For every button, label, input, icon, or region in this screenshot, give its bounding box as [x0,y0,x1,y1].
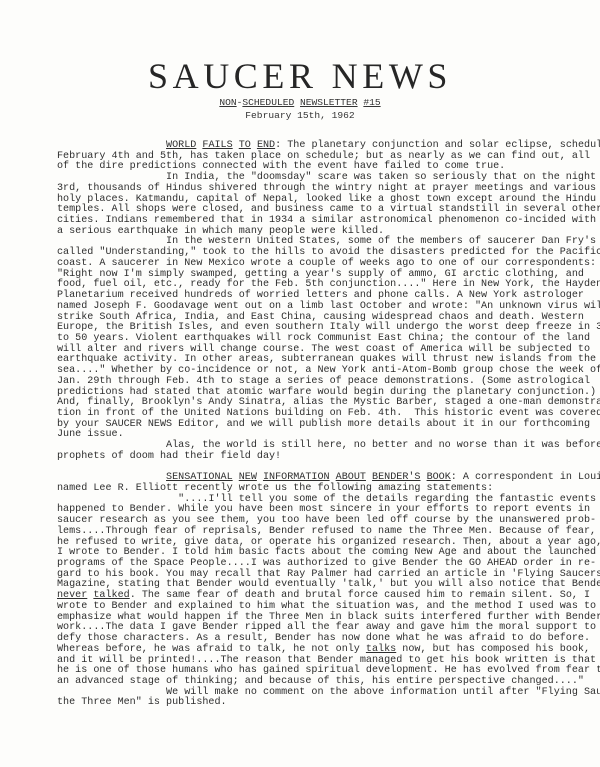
text-run: of the dire predictions connected with t… [57,161,505,172]
text-run: to 50 years. Violent earthquakes will ro… [57,333,590,344]
indent [57,440,166,451]
text-run: sea...." Whether by co-incidence or not,… [57,365,600,376]
article-body: WORLD FAILS TO END: The planetary conjun… [57,141,577,709]
subheading-part: SCHEDULED [242,97,294,108]
text-run: named Joseph F. Goodavage went out on a … [57,301,600,312]
newsletter-page: SAUCERNEWS NON-SCHEDULED NEWSLETTER #15 … [0,0,600,767]
subheading-part: NON [219,97,236,108]
emphasis-word: talked [93,590,129,601]
title-word-1: SAUCER [148,56,318,96]
title-word-2: NEWS [332,56,452,96]
text-line: prophets of doom had their field day! [57,452,577,463]
text-run: will alter and rivers will change course… [57,344,590,355]
text-run: June issue. [57,429,124,440]
text-run: : A correspondent in Louisiana [451,472,600,483]
article-heading-word: INFORMATION [263,472,330,483]
text-line: the Three Men" is published. [57,698,577,709]
indent [57,172,166,183]
text-run: . The same fear of death and brutal forc… [130,590,590,601]
text-run: happened to Bender. While you have been … [57,504,590,515]
text-run: Whereas before, he was afraid to talk, h… [57,644,366,655]
indent [57,687,166,698]
article-heading-word: FAILS [202,140,232,151]
text-run: he refused to write, give data, or opera… [57,537,600,548]
text-run: Magazine, stating that Bender would even… [57,579,600,590]
text-run: saucer research as you see them, you too… [57,515,596,526]
article-heading-word: NEW [239,472,257,483]
text-run: Alas, the world is still here, no better… [166,440,600,451]
subheading-part: NEWSLETTER [300,97,358,108]
text-run: work....The data I gave Bender ripped al… [57,622,596,633]
text-run: and it will be printed!....The reason th… [57,655,596,666]
text-run: called "Understanding," took to the hill… [57,247,600,258]
indent [57,472,166,483]
text-run: cities. Indians remembered that in 1934 … [57,215,596,226]
article-heading-word: ABOUT [336,472,366,483]
issue-date: February 15th, 1962 [0,110,600,121]
text-run: named Lee R. Elliott recently wrote us t… [57,483,493,494]
text-run: the Three Men" is published. [57,697,227,708]
text-run: 3rd, thousands of Hindus shivered throug… [57,183,596,194]
text-run: strike South Africa, India, and East Chi… [57,312,584,323]
text-run: We will make no comment on the above inf… [166,687,600,698]
text-run: now, but has composed his book, [396,644,590,655]
newsletter-subheading: NON-SCHEDULED NEWSLETTER #15 [0,97,600,108]
article-heading-word: SENSATIONAL [166,472,233,483]
emphasis-word: talks [366,644,396,655]
article-heading-word: TO [239,140,251,151]
text-run: Jan. 29th through Feb. 4th to stage a se… [57,376,590,387]
text-run: by your SAUCER NEWS Editor, and we will … [57,419,590,430]
subheading-part: #15 [363,97,380,108]
text-run: : The planetary conjunction and solar ec… [275,140,600,151]
text-run: Planetarium received hundreds of worried… [57,290,584,301]
text-run: coast. A saucerer in New Mexico wrote a … [57,258,596,269]
text-run: an advanced stage of thinking; and becau… [57,676,584,687]
indent [57,236,166,247]
article-heading-word: BOOK [427,472,451,483]
text-run: prophets of doom had their field day! [57,451,281,462]
text-run: programs of the Space People....I was au… [57,558,596,569]
text-run: In the western United States, some of th… [166,236,600,247]
text-run: lems....Through fear of reprisals, Bende… [57,526,596,537]
text-run: earthquake activity. In other areas, sub… [57,354,596,365]
emphasis-word: never [57,590,87,601]
text-run: predictions had stated that atomic warfa… [57,387,596,398]
text-run: temples. All shops were closed, and busi… [57,204,600,215]
text-line: by your SAUCER NEWS Editor, and we will … [57,420,577,431]
text-run: Europe, the British Isles, and even sout… [57,322,600,333]
text-run: tion in front of the United Nations buil… [57,408,600,419]
indent [57,140,166,151]
text-run: defy those characters. As a result, Bend… [57,633,590,644]
text-run: food, fuel oil, etc., ready for the Feb.… [57,279,600,290]
text-run: I wrote to Bender. I told him basic fact… [57,547,596,558]
text-run: emphasize what would happen if the Three… [57,612,600,623]
text-run: "Right now I'm simply swamped, getting a… [57,269,584,280]
article-heading-word: END [257,140,275,151]
text-run: holy places. Katmandu, capital of Nepal,… [57,194,596,205]
text-run: In India, the "doomsday" scare was taken… [166,172,600,183]
text-run: wrote to Bender and explained to him wha… [57,601,596,612]
text-run: he is one of those humans who has gained… [57,665,600,676]
article-heading-word: WORLD [166,140,196,151]
text-run: And, finally, Brooklyn's Andy Sinatra, a… [57,397,600,408]
article-heading-word: BENDER'S [372,472,420,483]
masthead-title: SAUCERNEWS [0,56,600,96]
